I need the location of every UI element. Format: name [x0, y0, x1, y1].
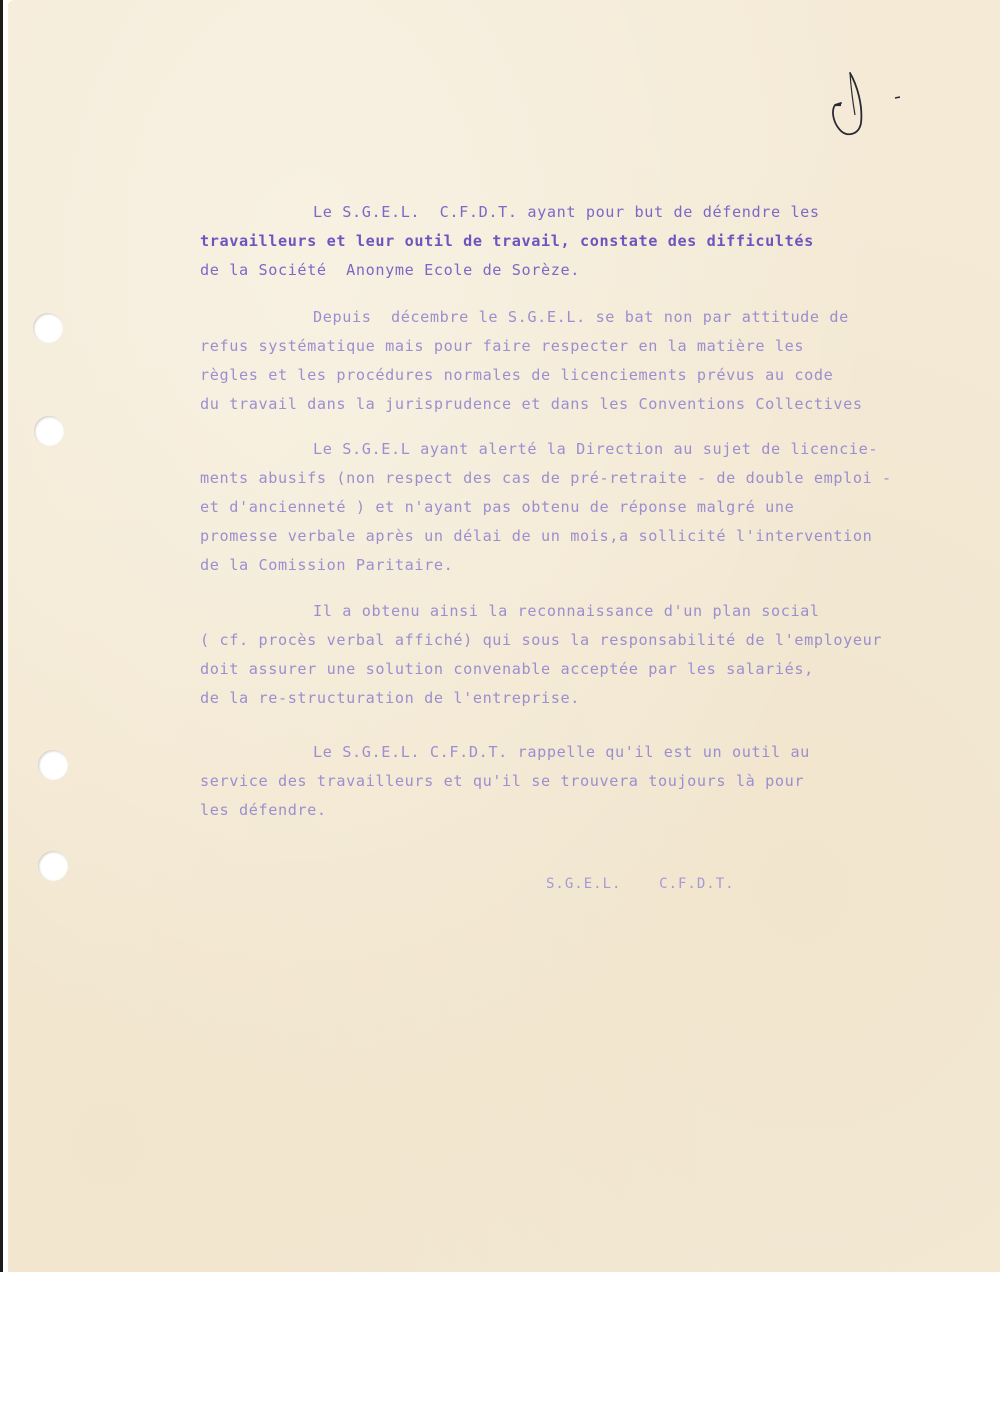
text-line: du travail dans la jurisprudence et dans…: [200, 395, 863, 413]
text-line: promesse verbale après un délai de un mo…: [200, 527, 872, 545]
text-line: ( cf. procès verbal affiché) qui sous la…: [200, 631, 882, 649]
text-line: Le S.G.E.L. C.F.D.T. rappelle qu'il est …: [313, 743, 810, 761]
text-line: Le S.G.E.L ayant alerté la Direction au …: [313, 440, 878, 458]
text-line: Depuis décembre le S.G.E.L. se bat non p…: [313, 308, 849, 326]
text-line: les défendre.: [200, 801, 327, 819]
text-line: de la Société Anonyme Ecole de Sorèze.: [200, 261, 580, 279]
punch-hole: [38, 851, 68, 881]
text-line: de la Comission Paritaire.: [200, 556, 453, 574]
text-line: de la re-structuration de l'entreprise.: [200, 689, 580, 707]
scanned-page: Le S.G.E.L. C.F.D.T. ayant pour but de d…: [0, 0, 1000, 1413]
text-line: refus systématique mais pour faire respe…: [200, 337, 804, 355]
text-line: doit assurer une solution convenable acc…: [200, 660, 814, 678]
text-line: et d'ancienneté ) et n'ayant pas obtenu …: [200, 498, 794, 516]
text-line: Le S.G.E.L. C.F.D.T. ayant pour but de d…: [313, 203, 820, 221]
text-line: travailleurs et leur outil de travail, c…: [200, 232, 814, 250]
text-line: ments abusifs (non respect des cas de pr…: [200, 469, 892, 487]
signature: S.G.E.L. C.F.D.T.: [546, 876, 735, 892]
punch-hole: [38, 750, 68, 780]
text-line: service des travailleurs et qu'il se tro…: [200, 772, 804, 790]
text-line: Il a obtenu ainsi la reconnaissance d'un…: [313, 602, 820, 620]
letter-body: Le S.G.E.L. C.F.D.T. ayant pour but de d…: [0, 0, 1000, 540]
text-line: règles et les procédures normales de lic…: [200, 366, 833, 384]
